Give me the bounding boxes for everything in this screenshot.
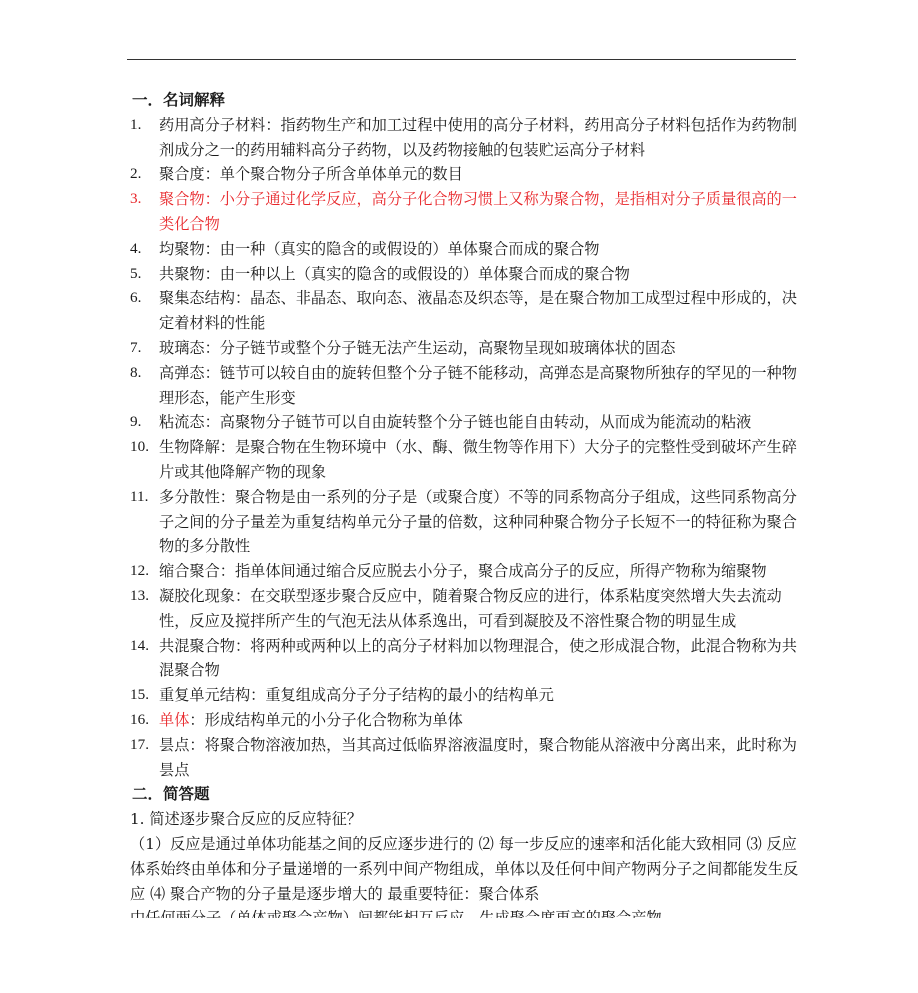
item-text: ：形成结构单元的小分子化合物称为单体 <box>189 711 462 729</box>
item-number: 6. <box>130 286 141 311</box>
item-number: 10. <box>130 435 149 460</box>
item-number: 17. <box>130 733 149 758</box>
definition-item: 6. 聚集态结构：晶态、非晶态、取向态、液晶态及织态等，是在聚合物加工成型过程中… <box>130 286 802 336</box>
item-number: 1. <box>130 113 141 138</box>
section-title-definitions: 一．名词解释 <box>132 88 802 113</box>
definition-item: 11. 多分散性：聚合物是由一系列的分子是（或聚合度）不等的同系物高分子组成，这… <box>130 485 802 559</box>
item-text: 多分散性：聚合物是由一系列的分子是（或聚合度）不等的同系物高分子组成，这些同系物… <box>159 488 797 556</box>
definition-item: 14. 共混聚合物：将两种或两种以上的高分子材料加以物理混合，使之形成混合物，此… <box>130 634 802 684</box>
item-number: 8. <box>130 361 141 386</box>
document-content: 一．名词解释 1. 药用高分子材料：指药物生产和加工过程中使用的高分子材料，药用… <box>130 88 802 918</box>
definition-item: 15. 重复单元结构：重复组成高分子分子结构的最小的结构单元 <box>130 683 802 708</box>
item-text: 粘流态：高聚物分子链节可以自由旋转整个分子链也能自由转动，从而成为能流动的粘液 <box>159 413 751 431</box>
definition-item: 9. 粘流态：高聚物分子链节可以自由旋转整个分子链也能自由转动，从而成为能流动的… <box>130 410 802 435</box>
definition-item: 12. 缩合聚合：指单体间通过缩合反应脱去小分子，聚合成高分子的反应，所得产物称… <box>130 559 802 584</box>
header-rule <box>127 59 796 60</box>
item-text: 生物降解：是聚合物在生物环境中（水、酶、微生物等作用下）大分子的完整性受到破坏产… <box>159 438 797 481</box>
item-text: 均聚物：由一种（真实的隐含的或假设的）单体聚合而成的聚合物 <box>159 240 599 258</box>
definition-item: 10. 生物降解：是聚合物在生物环境中（水、酶、微生物等作用下）大分子的完整性受… <box>130 435 802 485</box>
item-number: 3. <box>130 187 141 212</box>
section-title-short-answer: 二．简答题 <box>132 782 802 807</box>
item-number: 16. <box>130 708 149 733</box>
item-number: 4. <box>130 237 141 262</box>
item-text: 共混聚合物：将两种或两种以上的高分子材料加以物理混合，使之形成混合物，此混合物称… <box>159 637 797 680</box>
item-number: 9. <box>130 410 141 435</box>
item-number: 12. <box>130 559 149 584</box>
answer-text: （1）反应是通过单体功能基之间的反应逐步进行的 ⑵ 每一步反应的速率和活化能大致… <box>130 832 802 906</box>
item-text: 高弹态：链节可以较自由的旋转但整个分子链不能移动，高弹态是高聚物所独存的罕见的一… <box>159 364 797 407</box>
item-number: 5. <box>130 262 141 287</box>
definition-item: 16. 单体：形成结构单元的小分子化合物称为单体 <box>130 708 802 733</box>
item-text: 玻璃态：分子链节或整个分子链无法产生运动，高聚物呈现如玻璃体状的固态 <box>159 339 675 357</box>
definition-item: 2. 聚合度：单个聚合物分子所含单体单元的数目 <box>130 162 802 187</box>
item-number: 2. <box>130 162 141 187</box>
item-text: 聚合度：单个聚合物分子所含单体单元的数目 <box>159 165 463 183</box>
item-text: 聚合物：小分子通过化学反应，高分子化合物习惯上又称为聚合物，是指相对分子质量很高… <box>159 190 797 233</box>
definition-item: 4. 均聚物：由一种（真实的隐含的或假设的）单体聚合而成的聚合物 <box>130 237 802 262</box>
item-number: 7. <box>130 336 141 361</box>
item-text: 凝胶化现象：在交联型逐步聚合反应中，随着聚合物反应的进行，体系粘度突然增大失去流… <box>159 587 782 630</box>
question: 1. 简述逐步聚合反应的反应特征？ <box>130 807 802 832</box>
item-text: 共聚物：由一种以上（真实的隐含的或假设的）单体聚合而成的聚合物 <box>159 265 630 283</box>
answer-text-cropped: 中任何两分子（单体或聚合产物）间都能相互反应，生成聚合度更高的聚合产物 <box>130 906 802 918</box>
item-number: 11. <box>130 485 148 510</box>
definition-item: 8. 高弹态：链节可以较自由的旋转但整个分子链不能移动，高弹态是高聚物所独存的罕… <box>130 361 802 411</box>
item-number: 15. <box>130 683 149 708</box>
item-text: 缩合聚合：指单体间通过缩合反应脱去小分子，聚合成高分子的反应，所得产物称为缩聚物 <box>159 562 767 580</box>
item-term-highlighted: 单体 <box>159 711 189 729</box>
definition-item: 17. 昙点：将聚合物溶液加热，当其高过低临界溶液温度时，聚合物能从溶液中分离出… <box>130 733 802 783</box>
definition-item-highlighted: 3. 聚合物：小分子通过化学反应，高分子化合物习惯上又称为聚合物，是指相对分子质… <box>130 187 802 237</box>
item-text: 药用高分子材料：指药物生产和加工过程中使用的高分子材料，药用高分子材料包括作为药… <box>159 116 797 159</box>
document-page: 一．名词解释 1. 药用高分子材料：指药物生产和加工过程中使用的高分子材料，药用… <box>0 0 918 993</box>
item-text: 昙点：将聚合物溶液加热，当其高过低临界溶液温度时，聚合物能从溶液中分离出来，此时… <box>159 736 797 779</box>
item-number: 13. <box>130 584 149 609</box>
definition-item: 1. 药用高分子材料：指药物生产和加工过程中使用的高分子材料，药用高分子材料包括… <box>130 113 802 163</box>
definition-item: 5. 共聚物：由一种以上（真实的隐含的或假设的）单体聚合而成的聚合物 <box>130 262 802 287</box>
definition-item: 13. 凝胶化现象：在交联型逐步聚合反应中，随着聚合物反应的进行，体系粘度突然增… <box>130 584 802 634</box>
item-text: 聚集态结构：晶态、非晶态、取向态、液晶态及织态等，是在聚合物加工成型过程中形成的… <box>159 289 797 332</box>
item-number: 14. <box>130 634 149 659</box>
item-text: 重复单元结构：重复组成高分子分子结构的最小的结构单元 <box>159 686 554 704</box>
definition-item: 7. 玻璃态：分子链节或整个分子链无法产生运动，高聚物呈现如玻璃体状的固态 <box>130 336 802 361</box>
